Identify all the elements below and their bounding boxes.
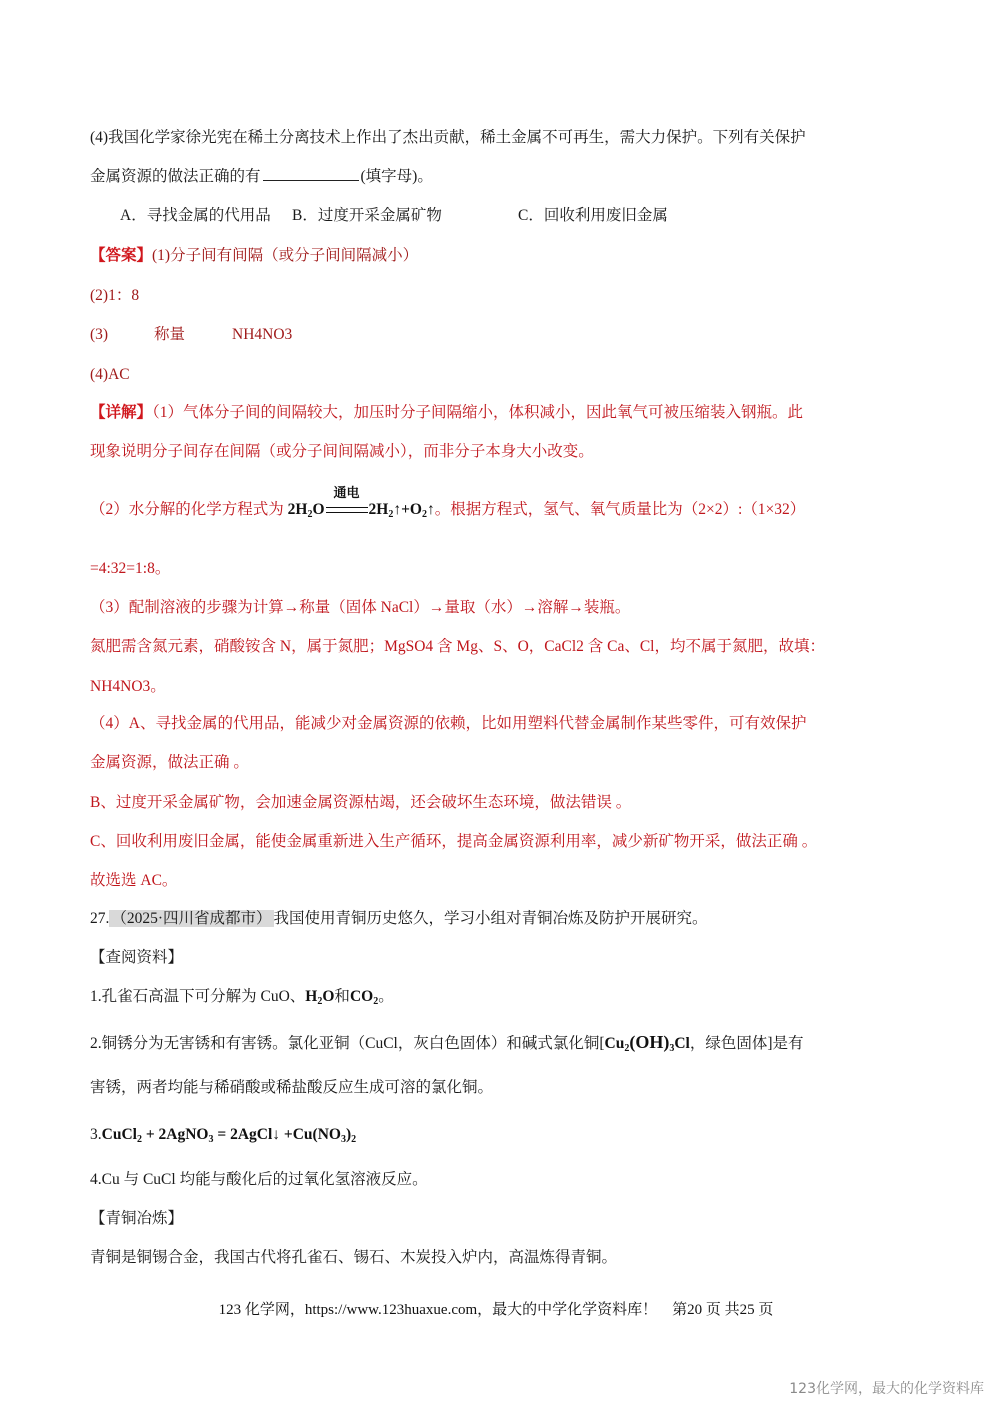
detail-p2-pre: （2）水分解的化学方程式为 <box>90 501 284 518</box>
reference-item-3: 3.CuCl2 + 2AgNO3 = 2AgCl↓ +Cu(NO3)2 <box>90 1124 356 1146</box>
answer-tag: 【答案】 <box>90 247 152 264</box>
silver-nitrate-equation: CuCl2 + 2AgNO3 = 2AgCl↓ +Cu(NO3)2 <box>102 1126 357 1143</box>
question27-text: 我国使用青铜历史悠久，学习小组对青铜冶炼及防护开展研究。 <box>274 910 708 927</box>
question4-line1: (4)我国化学家徐光宪在稀土分离技术上作出了杰出贡献，稀土金属不可再生，需大力保… <box>90 127 806 149</box>
question4-line2-text: 金属资源的做法正确的有 <box>90 168 261 185</box>
question4-line2: 金属资源的做法正确的有(填字母)。 <box>90 166 433 188</box>
section-heading-reference: 【查阅资料】 <box>90 947 183 969</box>
double-equals-sign <box>326 507 368 513</box>
smelting-text: 青铜是铜锡合金，我国古代将孔雀石、锡石、木炭投入炉内，高温炼得青铜。 <box>90 1247 617 1269</box>
detail-p4-line4: C、回收利用废旧金属，能使金属重新进入生产循环，提高金属资源利用率，减少新矿物开… <box>90 831 817 853</box>
question4-line2-suffix: (填字母)。 <box>361 168 433 185</box>
reference-item-1: 1.孔雀石高温下可分解为 CuO、H2O和CO2。 <box>90 986 394 1008</box>
detail-p2-line1: （2）水分解的化学方程式为 2H2O通电2H2↑+O2↑。根据方程式，氢气、氧气… <box>90 499 805 521</box>
formula-co2: CO2 <box>350 988 378 1005</box>
question-number: 27. <box>90 910 109 927</box>
answer-blank <box>263 166 359 181</box>
detail-p3-line1: （3）配制溶液的步骤为计算→称量（固体 NaCl）→量取（水）→溶解→装瓶。 <box>90 597 630 619</box>
page-footer: 123 化学网，https://www.123huaxue.com，最大的中学化… <box>0 1298 992 1319</box>
water-electrolysis-equation: 2H2O通电2H2↑+O2↑ <box>288 501 435 518</box>
detail-p1-line2: 现象说明分子间存在间隔（或分子间间隔减小），而非分子本身大小改变。 <box>90 441 594 463</box>
answer-line3: (3)称量NH4NO3 <box>90 324 292 346</box>
detail-tag: 【详解】 <box>90 404 152 421</box>
formula-basic-copper-chloride: Cu2(OH)3Cl <box>605 1035 690 1052</box>
answer-item-3: (3) <box>90 324 154 346</box>
option-a: A．寻找金属的代用品 <box>120 205 292 227</box>
answer-item-2: (2)1：8 <box>90 285 139 307</box>
option-b: B．过度开采金属矿物 <box>292 205 518 227</box>
detail-p3-line3: NH4NO3。 <box>90 676 166 698</box>
detail-p4-line3: B、过度开采金属矿物，会加速金属资源枯竭，还会破坏生态环境，做法错误 。 <box>90 792 631 814</box>
section-heading-smelting: 【青铜冶炼】 <box>90 1208 183 1230</box>
page-number: 第20 页 共25 页 <box>672 1302 773 1318</box>
detail-p2-line2: =4:32=1:8。 <box>90 558 170 580</box>
detail-p4-line2: 金属资源，做法正确 。 <box>90 752 249 774</box>
detail-p2-post: 。根据方程式，氢气、氧气质量比为（2×2）:（1×32） <box>435 501 806 518</box>
reference-item-2-line1: 2.铜锈分为无害锈和有害锈。氯化亚铜（CuCl，灰白色固体）和碱式氯化铜[Cu2… <box>90 1031 804 1055</box>
watermark: 123化学网，最大的化学资料库 <box>789 1378 984 1398</box>
detail-line1: 【详解】（1）气体分子间的间隔较大，加压时分子间隔缩小，体积减小，因此氧气可被压… <box>90 402 803 424</box>
footer-site-text: 123 化学网，https://www.123huaxue.com，最大的中学化… <box>219 1302 658 1318</box>
gas-arrow-icon: ↑ <box>393 501 401 518</box>
option-c: C．回收利用废旧金属 <box>518 205 668 227</box>
reference-item-2-line2: 害锈，两者均能与稀硝酸或稀盐酸反应生成可溶的氯化铜。 <box>90 1077 493 1099</box>
answer-item-3-part2: NH4NO3 <box>232 326 292 343</box>
detail-p4-line5: 故选选 AC。 <box>90 870 177 892</box>
answer-line1: 【答案】(1)分子间有间隔（或分子间间隔减小） <box>90 245 418 267</box>
question27-stem: 27.（2025·四川省成都市）我国使用青铜历史悠久，学习小组对青铜冶炼及防护开… <box>90 908 708 930</box>
answer-item-4: (4)AC <box>90 364 130 386</box>
detail-p1-line1: （1）气体分子间的间隔较大，加压时分子间隔缩小，体积减小，因此氧气可被压缩装入钢… <box>152 404 803 421</box>
answer-item-3-part1: 称量 <box>154 324 232 346</box>
gas-arrow-icon: ↑ <box>427 501 435 518</box>
question-source-tag: （2025·四川省成都市） <box>109 910 273 927</box>
reference-item-4: 4.Cu 与 CuCl 均能与酸化后的过氧化氢溶液反应。 <box>90 1169 428 1191</box>
reaction-condition: 通电 <box>325 499 369 521</box>
detail-p3-line2: 氮肥需含氮元素，硝酸铵含 N，属于氮肥；MgSO4 含 Mg、S、O，CaCl2… <box>90 636 825 658</box>
answer-item-1: (1)分子间有间隔（或分子间间隔减小） <box>152 247 418 264</box>
question4-options: A．寻找金属的代用品B．过度开采金属矿物C．回收利用废旧金属 <box>120 205 668 227</box>
detail-p4-line1: （4）A、寻找金属的代用品，能减少对金属资源的依赖，比如用塑料代替金属制作某些零… <box>90 713 806 735</box>
formula-h2o: H2O <box>305 988 334 1005</box>
